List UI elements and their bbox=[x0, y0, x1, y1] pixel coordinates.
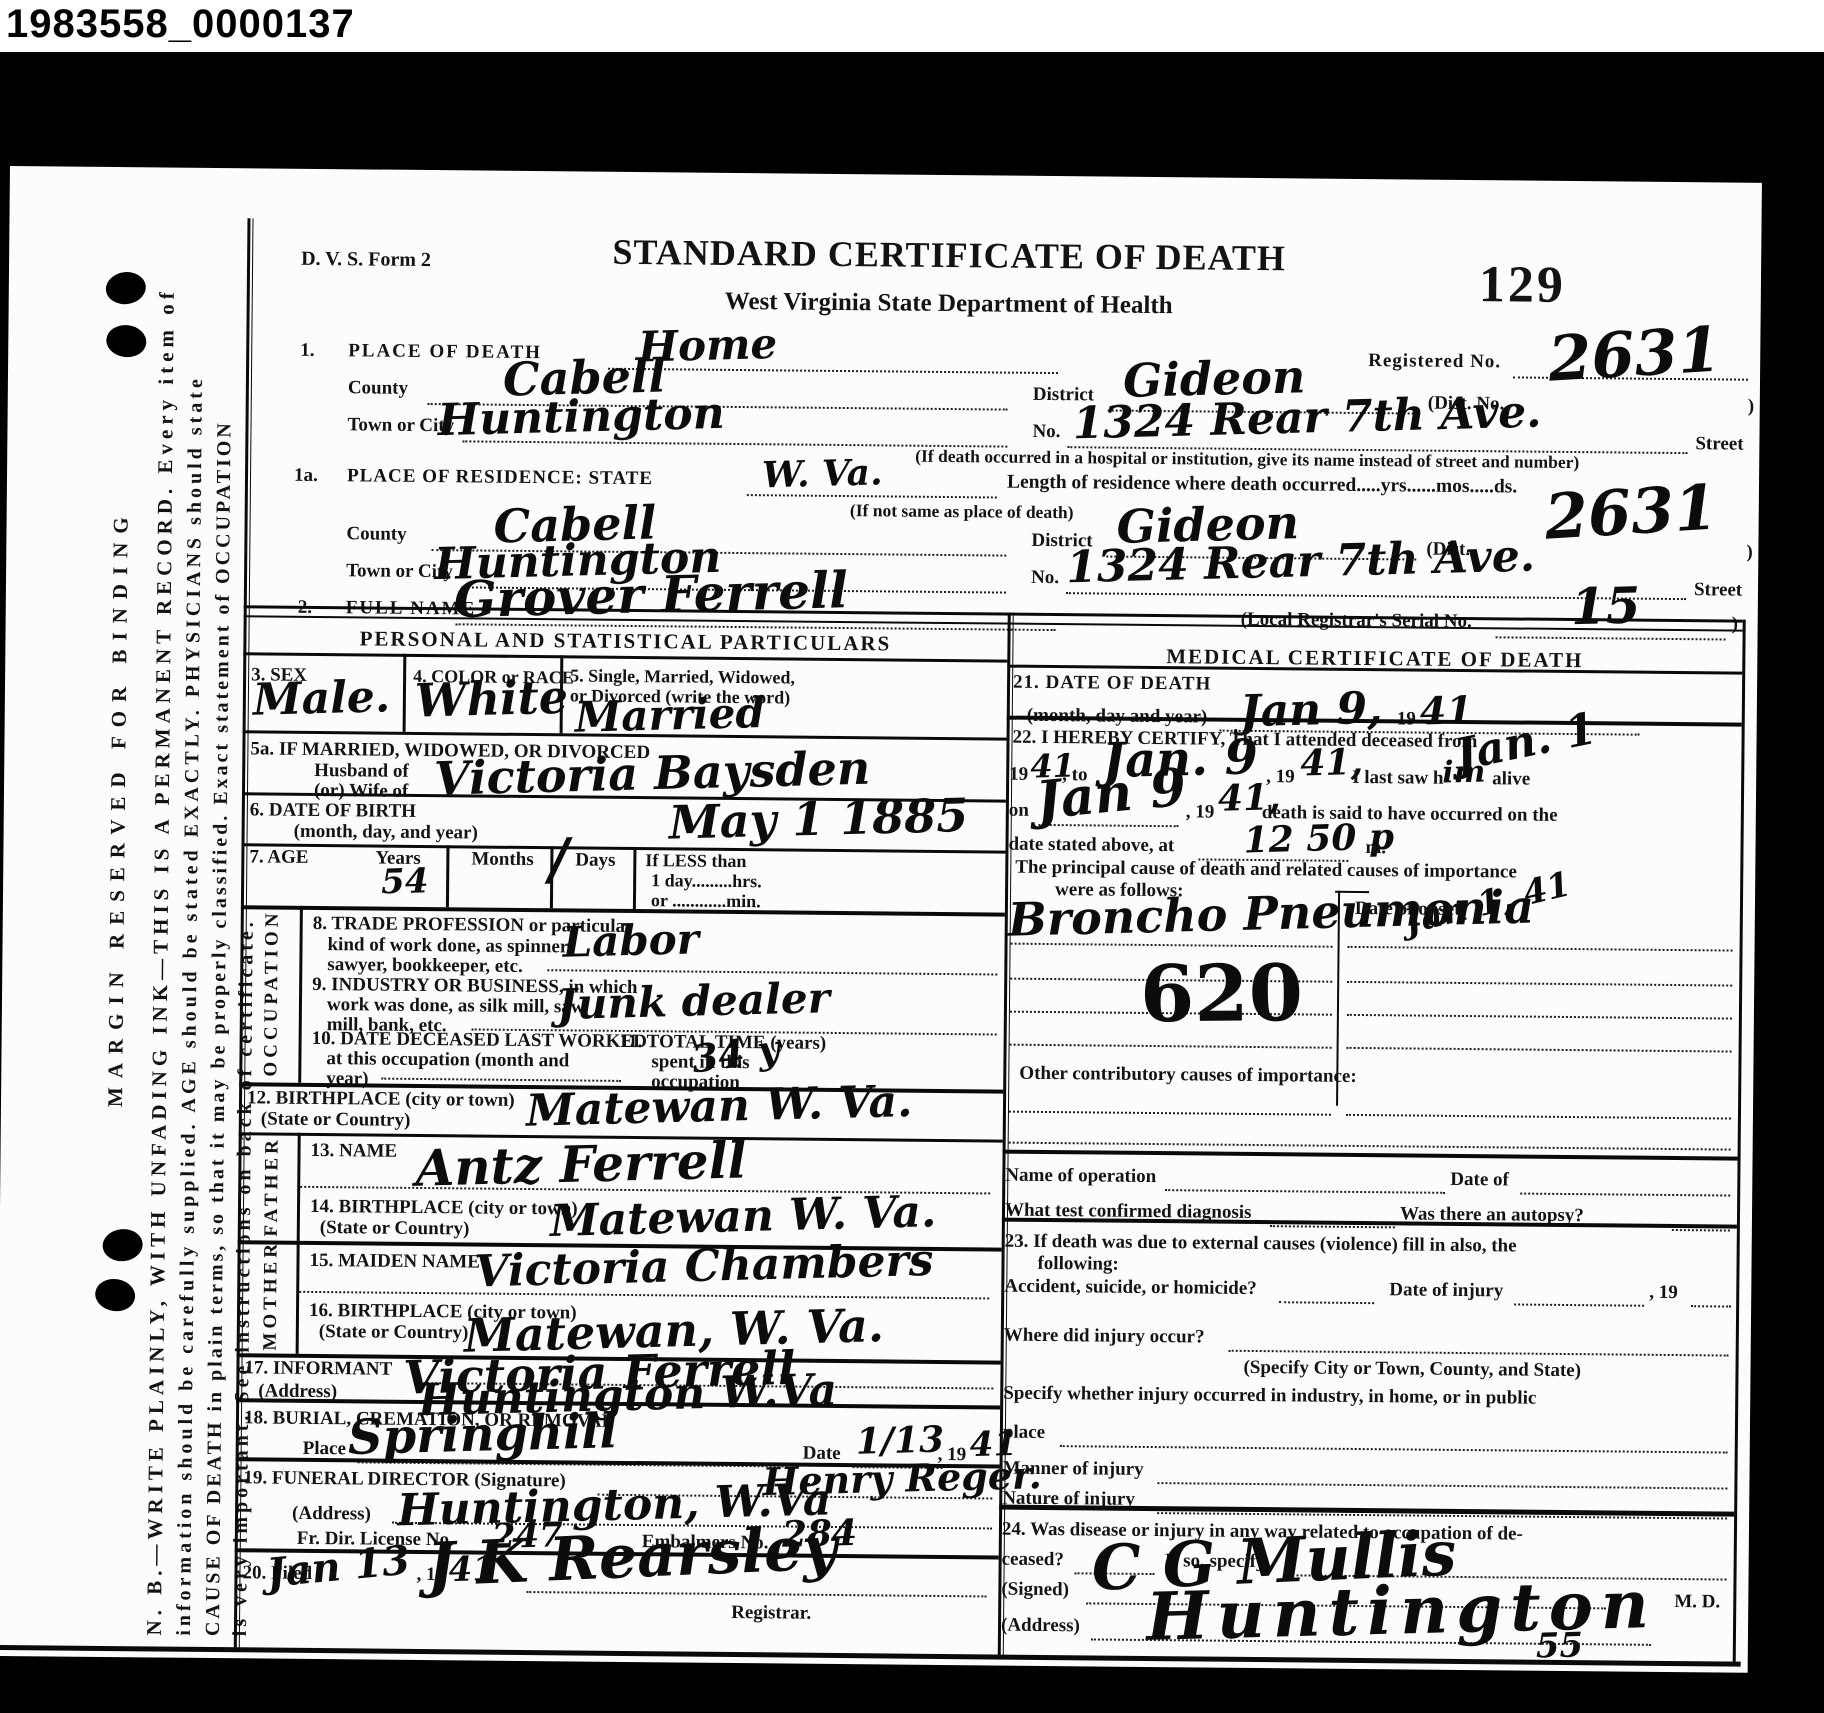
serial-no-line bbox=[1496, 636, 1726, 640]
field-1-no-label: No. bbox=[1032, 422, 1060, 442]
onset-line bbox=[1347, 981, 1732, 987]
rule bbox=[403, 654, 407, 732]
field-6-sub-label: (month, day, and year) bbox=[294, 822, 478, 844]
field-22-alive-label: alive bbox=[1492, 769, 1530, 789]
field-12-value: Matewan W. Va. bbox=[526, 1080, 913, 1134]
rule bbox=[633, 847, 637, 909]
contributory-line bbox=[1009, 1111, 1331, 1116]
field-7-label: 7. AGE bbox=[249, 847, 308, 868]
field-7-days-label: Days bbox=[575, 850, 615, 870]
field-11-value: 34 y bbox=[689, 1029, 781, 1078]
field-1a-label: PLACE OF RESIDENCE: STATE bbox=[347, 466, 653, 489]
field-22-on-label: on bbox=[1009, 801, 1029, 821]
field-22-him-value: im bbox=[1442, 757, 1486, 788]
field-23-label-2: following: bbox=[1037, 1254, 1118, 1275]
field-21-label: 21. DATE OF DEATH bbox=[1013, 673, 1211, 695]
field-1a-street-label: Street bbox=[1694, 580, 1742, 600]
punch-hole bbox=[101, 1227, 144, 1263]
field-7-years-value: 54 bbox=[381, 864, 429, 899]
field-1-number: 1. bbox=[300, 341, 314, 361]
onset-line bbox=[1348, 946, 1733, 952]
test-line bbox=[1270, 1225, 1395, 1228]
scan-id-bar: 1983558_0000137 bbox=[0, 0, 1824, 52]
hospital-note: (If death occurred in a hospital or inst… bbox=[747, 445, 1747, 473]
field-5a-wife-label: (or) Wife of bbox=[314, 781, 408, 802]
field-1a-county-label: County bbox=[346, 524, 406, 545]
onset-line bbox=[1347, 1047, 1732, 1053]
margin-binding-note: MARGIN RESERVED FOR BINDING bbox=[105, 508, 132, 1107]
field-6-label: 6. DATE OF BIRTH bbox=[250, 800, 416, 822]
field-1a-state-value: W. Va. bbox=[762, 454, 883, 493]
form-right-border bbox=[1733, 620, 1746, 1663]
field-19-address-label: (Address) bbox=[292, 1504, 371, 1525]
field-15-value: Victoria Chambers bbox=[474, 1239, 934, 1295]
page-bottom-edge bbox=[0, 1645, 1741, 1667]
field-1a-no-label: No. bbox=[1031, 568, 1059, 588]
autopsy-line bbox=[1672, 1229, 1730, 1232]
field-4-value: White bbox=[414, 674, 568, 724]
physician-address-label: (Address) bbox=[1001, 1616, 1080, 1637]
operation-line bbox=[1165, 1189, 1445, 1194]
field-23-injury-year-line bbox=[1691, 1305, 1731, 1307]
rule bbox=[1003, 1150, 1738, 1161]
registered-no-label: Registered No. bbox=[1368, 351, 1501, 372]
occupation-group-label: OCCUPATION bbox=[261, 909, 282, 1076]
field-7-ifless-2: 1 day.........hrs. bbox=[651, 871, 762, 891]
punch-hole bbox=[105, 323, 148, 359]
operation-date-line bbox=[1520, 1193, 1730, 1197]
rule bbox=[241, 843, 1005, 853]
field-6-value: May 1 1885 bbox=[668, 792, 969, 846]
field-17-label: 17. INFORMANT bbox=[244, 1358, 392, 1379]
field-1-town-value: Huntington bbox=[437, 392, 725, 443]
field-15-label: 15. MAIDEN NAME bbox=[309, 1251, 480, 1273]
mother-group-label: MOTHER bbox=[261, 1240, 281, 1351]
field-9-value: Junk dealer bbox=[557, 977, 831, 1026]
field-23-manner-line bbox=[1157, 1482, 1727, 1489]
cause-code-stamp: 620 bbox=[1140, 955, 1303, 1034]
field-1-distno-close: ) bbox=[1748, 397, 1755, 417]
field-23-injury-date-line bbox=[1514, 1303, 1644, 1306]
field-23-manner-label: Manner of injury bbox=[1002, 1459, 1143, 1480]
field-18-place-value: Springhill bbox=[347, 1407, 618, 1462]
field-1a-street-value: 1324 Rear 7th Ave. bbox=[1066, 534, 1536, 590]
field-8-value: Labor bbox=[562, 918, 699, 963]
field-1a-distno-value: 2631 bbox=[1543, 476, 1719, 548]
field-23-accident-label: Accident, suicide, or homicide? bbox=[1004, 1277, 1257, 1299]
field-22-y3-label: , 19 bbox=[1186, 802, 1215, 822]
form-number: D. V. S. Form 2 bbox=[301, 249, 431, 271]
field-23-specify-city-label: (Specify City or Town, County, and State… bbox=[1243, 1358, 1581, 1381]
field-23-place-label: place bbox=[1003, 1423, 1045, 1443]
certificate-subtitle: West Virginia State Department of Health bbox=[569, 287, 1329, 321]
registered-no-value: 2631 bbox=[1547, 318, 1723, 390]
field-23-place-line bbox=[1060, 1445, 1728, 1453]
field-1a-distno-close: ) bbox=[1746, 543, 1753, 563]
field-10-line bbox=[381, 1078, 621, 1082]
field-12-label-1: 12. BIRTHPLACE (city or town) bbox=[247, 1088, 515, 1111]
certificate-number: 129 bbox=[1479, 258, 1567, 313]
margin-note-line2: information should be carefully supplied… bbox=[174, 375, 206, 1636]
scanned-death-certificate: 1983558_0000137 MARGIN RESERVED FOR BIND… bbox=[0, 0, 1824, 1713]
field-1a-number: 1a. bbox=[294, 466, 318, 486]
residence-length-note: Length of residence where death occurred… bbox=[1007, 473, 1517, 498]
physician-address-extra: 55 bbox=[1535, 1628, 1583, 1663]
field-3-value: Male. bbox=[252, 675, 390, 722]
field-1-county-label: County bbox=[348, 378, 408, 399]
field-23-where-label: Where did injury occur? bbox=[1004, 1326, 1205, 1348]
field-21-year-value: 41 bbox=[1419, 691, 1473, 730]
field-18-place-label: Place bbox=[303, 1439, 346, 1459]
registrar-signature: J K Rearsley bbox=[426, 1518, 839, 1595]
rule bbox=[446, 845, 450, 907]
field-7-ifless-1: If LESS than bbox=[645, 851, 746, 871]
field-22-at-label: date stated above, at bbox=[1008, 835, 1174, 857]
not-same-note: (If not same as place of death) bbox=[747, 500, 1177, 523]
field-24-label-2: ceased? bbox=[1002, 1550, 1064, 1571]
contributory-line bbox=[1346, 1114, 1731, 1120]
onset-line bbox=[1347, 1014, 1732, 1020]
field-23-where-line bbox=[1229, 1350, 1729, 1357]
scan-id: 1983558_0000137 bbox=[6, 2, 355, 47]
certificate-title: STANDARD CERTIFICATE OF DEATH bbox=[569, 233, 1329, 278]
contributory-label: Other contributory causes of importance: bbox=[1019, 1064, 1357, 1087]
field-1-street-label: Street bbox=[1695, 434, 1743, 454]
field-22-y1-label: 19 bbox=[1009, 765, 1028, 785]
field-22-m-label: m. bbox=[1365, 838, 1386, 858]
field-5a-husband-label: Husband of bbox=[314, 761, 409, 782]
field-14-label-1: 14. BIRTHPLACE (city or town) bbox=[310, 1197, 578, 1220]
father-group-label: FATHER bbox=[262, 1136, 282, 1237]
margin-note-line1: N. B.—WRITE PLAINLY, WITH UNFADING INK—T… bbox=[144, 287, 178, 1635]
field-7-stray-stroke: / bbox=[548, 831, 570, 887]
field-14-label-2: (State or Country) bbox=[320, 1218, 470, 1239]
field-23-injury-19-label: , 19 bbox=[1649, 1283, 1678, 1303]
contributory-line bbox=[1009, 1142, 1731, 1151]
field-21-value: Jan 9, bbox=[1239, 687, 1383, 735]
field-13-label: 13. NAME bbox=[310, 1141, 397, 1162]
field-7-ifless-3: or ............min. bbox=[651, 891, 761, 911]
field-16-label-2: (State or Country) bbox=[319, 1322, 469, 1343]
personal-header: PERSONAL AND STATISTICAL PARTICULARS bbox=[243, 626, 1007, 655]
cause-line bbox=[1010, 1044, 1332, 1049]
rule bbox=[298, 906, 303, 1083]
punch-hole bbox=[104, 270, 148, 307]
operation-date-label: Date of bbox=[1450, 1170, 1509, 1190]
field-1-street-value: 1324 Rear 7th Ave. bbox=[1072, 391, 1542, 447]
field-5-value: Married bbox=[574, 692, 765, 739]
rule bbox=[296, 1241, 300, 1354]
field-5-label-1: 5. Single, Married, Widowed, bbox=[570, 666, 795, 687]
field-12-label-2: (State or Country) bbox=[261, 1109, 411, 1130]
field-13-value: Antz Ferrell bbox=[415, 1135, 747, 1193]
onset-box-top bbox=[1335, 891, 1369, 893]
field-20-date-value: Jan 13 bbox=[265, 1540, 412, 1593]
signed-label: (Signed) bbox=[1001, 1580, 1069, 1601]
md-label: M. D. bbox=[1674, 1592, 1720, 1612]
certificate-page: MARGIN RESERVED FOR BINDING N. B.—WRITE … bbox=[0, 166, 1762, 1673]
field-23-accident-line bbox=[1279, 1301, 1374, 1304]
registrar-label: Registrar. bbox=[731, 1603, 811, 1624]
operation-label: Name of operation bbox=[1005, 1166, 1156, 1187]
field-23-injury-date-label: Date of injury bbox=[1389, 1280, 1503, 1301]
field-22-saw-label: I last saw h bbox=[1352, 768, 1444, 789]
punch-hole bbox=[93, 1276, 137, 1314]
field-23-industry-label: Specify whether injury occurred in indus… bbox=[1003, 1384, 1536, 1409]
field-7-months-label: Months bbox=[471, 849, 533, 870]
field-22-on-value: Jan 9 bbox=[1034, 762, 1189, 828]
